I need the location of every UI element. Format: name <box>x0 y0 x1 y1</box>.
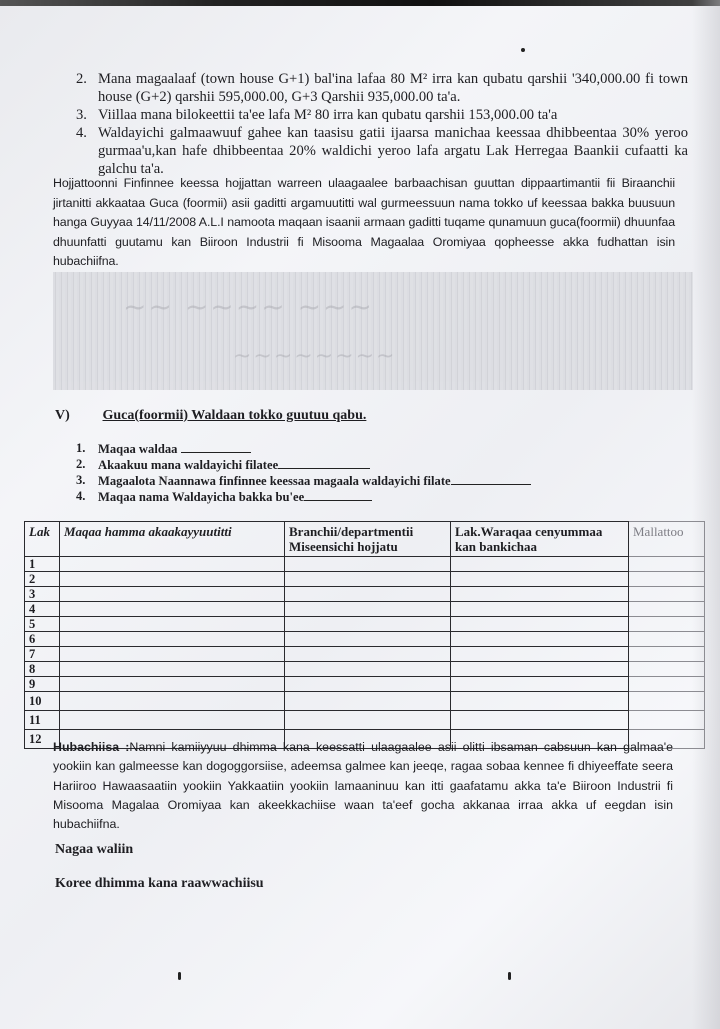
form-field: 2.Akaakuu mana waldayichi filatee <box>76 457 531 473</box>
field-blank[interactable] <box>451 473 531 485</box>
cell-signature[interactable] <box>629 557 705 572</box>
cell-branch[interactable] <box>285 692 451 711</box>
table-header-row: Lak Maqaa hamma akaakayyuutitti Branchii… <box>25 522 705 557</box>
cell-id-number[interactable] <box>451 692 629 711</box>
cell-full-name[interactable] <box>60 692 285 711</box>
field-blank[interactable] <box>304 489 372 501</box>
cell-branch[interactable] <box>285 711 451 730</box>
faded-text: ~~~~~~~~ <box>233 344 396 369</box>
cell-branch[interactable] <box>285 602 451 617</box>
table-row: 11 <box>25 711 705 730</box>
table-row: 1 <box>25 557 705 572</box>
row-number: 6 <box>25 632 60 647</box>
list-item-text: Viillaa mana bilokeettii ta'ee lafa M² 8… <box>98 106 688 124</box>
list-item-text: Mana magaalaaf (town house G+1) bal'ina … <box>98 70 688 106</box>
cell-signature[interactable] <box>629 587 705 602</box>
cell-signature[interactable] <box>629 572 705 587</box>
form-field: 4.Maqaa nama Waldayicha bakka bu'ee <box>76 489 531 505</box>
table-row: 9 <box>25 677 705 692</box>
note-text: Namni kamiiyyuu dhimma kana keessatti ul… <box>53 740 673 831</box>
field-blank[interactable] <box>278 457 370 469</box>
cell-signature[interactable] <box>629 662 705 677</box>
field-label: Maqaa nama Waldayicha bakka bu'ee <box>98 490 304 504</box>
cell-signature[interactable] <box>629 692 705 711</box>
list-item: 4.Waldayichi galmaawuuf gahee kan taasis… <box>76 124 688 178</box>
table-row: 6 <box>25 632 705 647</box>
list-item-text: Waldayichi galmaawuuf gahee kan taasisu … <box>98 124 688 178</box>
section-heading: V) Guca(foormii) Waldaan tokko guutuu qa… <box>55 408 366 424</box>
table-row: 5 <box>25 617 705 632</box>
field-label: Magaalota Naannawa finfinnee keessaa mag… <box>98 474 451 488</box>
cell-branch[interactable] <box>285 662 451 677</box>
cell-id-number[interactable] <box>451 711 629 730</box>
table-row: 2 <box>25 572 705 587</box>
members-table: Lak Maqaa hamma akaakayyuutitti Branchii… <box>24 521 705 749</box>
price-conditions-list: 2.Mana magaalaaf (town house G+1) bal'in… <box>76 70 688 178</box>
cell-full-name[interactable] <box>60 632 285 647</box>
document-page: 2.Mana magaalaaf (town house G+1) bal'in… <box>0 0 720 1029</box>
table-row: 7 <box>25 647 705 662</box>
cell-id-number[interactable] <box>451 647 629 662</box>
cell-id-number[interactable] <box>451 677 629 692</box>
faded-stamp-region: ~~ ~~~~ ~~~ ~~~~~~~~ <box>53 272 693 390</box>
cell-id-number[interactable] <box>451 587 629 602</box>
cell-id-number[interactable] <box>451 572 629 587</box>
col-header-id-number: Lak.Waraqaa cenyummaa kan bankichaa <box>451 522 629 557</box>
cell-id-number[interactable] <box>451 557 629 572</box>
list-item: 3.Viillaa mana bilokeettii ta'ee lafa M²… <box>76 106 688 124</box>
cell-branch[interactable] <box>285 572 451 587</box>
cell-full-name[interactable] <box>60 572 285 587</box>
cell-id-number[interactable] <box>451 632 629 647</box>
cell-signature[interactable] <box>629 617 705 632</box>
cell-full-name[interactable] <box>60 617 285 632</box>
cell-full-name[interactable] <box>60 677 285 692</box>
row-number: 8 <box>25 662 60 677</box>
field-label: Maqaa waldaa <box>98 442 177 456</box>
note-label: Hubachiisa : <box>53 740 129 754</box>
field-blank[interactable] <box>181 441 251 453</box>
cell-id-number[interactable] <box>451 617 629 632</box>
warning-note: Hubachiisa :Namni kamiiyyuu dhimma kana … <box>53 738 673 834</box>
table-row: 10 <box>25 692 705 711</box>
punch-hole-mark <box>508 972 511 980</box>
row-number: 1 <box>25 557 60 572</box>
cell-full-name[interactable] <box>60 711 285 730</box>
ink-dot <box>521 48 525 52</box>
row-number: 10 <box>25 692 60 711</box>
committee-signature-line: Koree dhimma kana raawwachiisu <box>55 876 264 892</box>
row-number: 4 <box>25 602 60 617</box>
field-label: Akaakuu mana waldayichi filatee <box>98 458 278 472</box>
col-header-signature: Mallattoo <box>629 522 705 557</box>
table-row: 8 <box>25 662 705 677</box>
cell-branch[interactable] <box>285 677 451 692</box>
cell-signature[interactable] <box>629 647 705 662</box>
section-title: Guca(foormii) Waldaan tokko guutuu qabu. <box>103 408 367 423</box>
closing-greeting: Nagaa waliin <box>55 842 133 858</box>
form-fields-list: 1.Maqaa waldaa 2.Akaakuu mana waldayichi… <box>76 441 531 505</box>
row-number: 9 <box>25 677 60 692</box>
table-row: 3 <box>25 587 705 602</box>
cell-signature[interactable] <box>629 711 705 730</box>
punch-hole-mark <box>178 972 181 980</box>
cell-branch[interactable] <box>285 647 451 662</box>
cell-signature[interactable] <box>629 677 705 692</box>
row-number: 3 <box>25 587 60 602</box>
table-row: 4 <box>25 602 705 617</box>
cell-branch[interactable] <box>285 587 451 602</box>
cell-full-name[interactable] <box>60 602 285 617</box>
cell-branch[interactable] <box>285 632 451 647</box>
cell-id-number[interactable] <box>451 662 629 677</box>
row-number: 5 <box>25 617 60 632</box>
cell-branch[interactable] <box>285 617 451 632</box>
col-header-number: Lak <box>25 522 60 557</box>
cell-signature[interactable] <box>629 602 705 617</box>
cell-id-number[interactable] <box>451 602 629 617</box>
cell-full-name[interactable] <box>60 557 285 572</box>
instruction-paragraph: Hojjattoonni Finfinnee keessa hojjattan … <box>53 174 675 272</box>
faded-text: ~~ ~~~~ ~~~ <box>123 290 374 323</box>
cell-branch[interactable] <box>285 557 451 572</box>
col-header-full-name: Maqaa hamma akaakayyuutitti <box>60 522 285 557</box>
form-field: 3.Magaalota Naannawa finfinnee keessaa m… <box>76 473 531 489</box>
col-header-branch: Branchii/departmentii Miseensichi hojjat… <box>285 522 451 557</box>
cell-full-name[interactable] <box>60 647 285 662</box>
cell-full-name[interactable] <box>60 662 285 677</box>
row-number: 11 <box>25 711 60 730</box>
form-field: 1.Maqaa waldaa <box>76 441 531 457</box>
row-number: 2 <box>25 572 60 587</box>
cell-full-name[interactable] <box>60 587 285 602</box>
row-number: 7 <box>25 647 60 662</box>
list-item: 2.Mana magaalaaf (town house G+1) bal'in… <box>76 70 688 106</box>
cell-signature[interactable] <box>629 632 705 647</box>
